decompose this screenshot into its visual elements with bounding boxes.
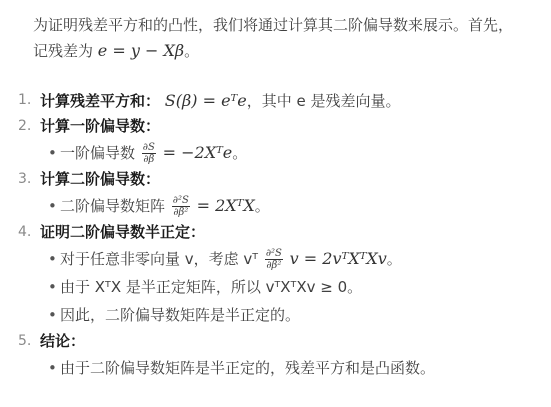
intro-paragraph: 为证明残差平方和的凸性，我们将通过计算其二阶偏导数来展示。首先， 记残差为 e …	[33, 12, 548, 64]
step-3: 3. 计算二阶偏导数：	[18, 167, 548, 192]
step-4-bullet-3: • 因此，二阶偏导数矩阵是半正定的。	[18, 301, 548, 329]
step-2: 2. 计算一阶偏导数：	[18, 114, 548, 139]
proof-steps-list: 1. 计算残差平方和： S(β) = eᵀe，其中 e 是残差向量。 2. 计算…	[18, 88, 548, 382]
bullet-icon: •	[48, 245, 57, 273]
intro-line-1: 为证明残差平方和的凸性，我们将通过计算其二阶偏导数来展示。首先，	[33, 12, 548, 38]
bullet-icon: •	[48, 192, 57, 220]
step-4-bullet-2: • 由于 XᵀX 是半正定矩阵，所以 vᵀXᵀXv ≥ 0。	[18, 273, 548, 301]
step-4-bullet-1: • 对于任意非零向量 v，考虑 vᵀ ∂²S∂β² v = 2vᵀXᵀXv。	[18, 245, 548, 273]
step-2-bullet: • 一阶偏导数 ∂S∂β = −2Xᵀe。	[18, 139, 548, 167]
step-5: 5. 结论：	[18, 329, 548, 354]
bullet-icon: •	[48, 301, 57, 329]
step-1: 1. 计算残差平方和： S(β) = eᵀe，其中 e 是残差向量。	[18, 88, 548, 114]
step-5-bullet: • 由于二阶偏导数矩阵是半正定的，残差平方和是凸函数。	[18, 354, 548, 382]
bullet-icon: •	[48, 139, 57, 167]
intro-line-2: 记残差为 e = y − Xβ。	[33, 38, 548, 64]
step-3-bullet: • 二阶偏导数矩阵 ∂²S∂β² = 2XᵀX。	[18, 192, 548, 220]
bullet-icon: •	[48, 273, 57, 301]
residual-formula: e = y − Xβ	[98, 41, 184, 60]
step-4: 4. 证明二阶偏导数半正定：	[18, 220, 548, 245]
bullet-icon: •	[48, 354, 57, 382]
